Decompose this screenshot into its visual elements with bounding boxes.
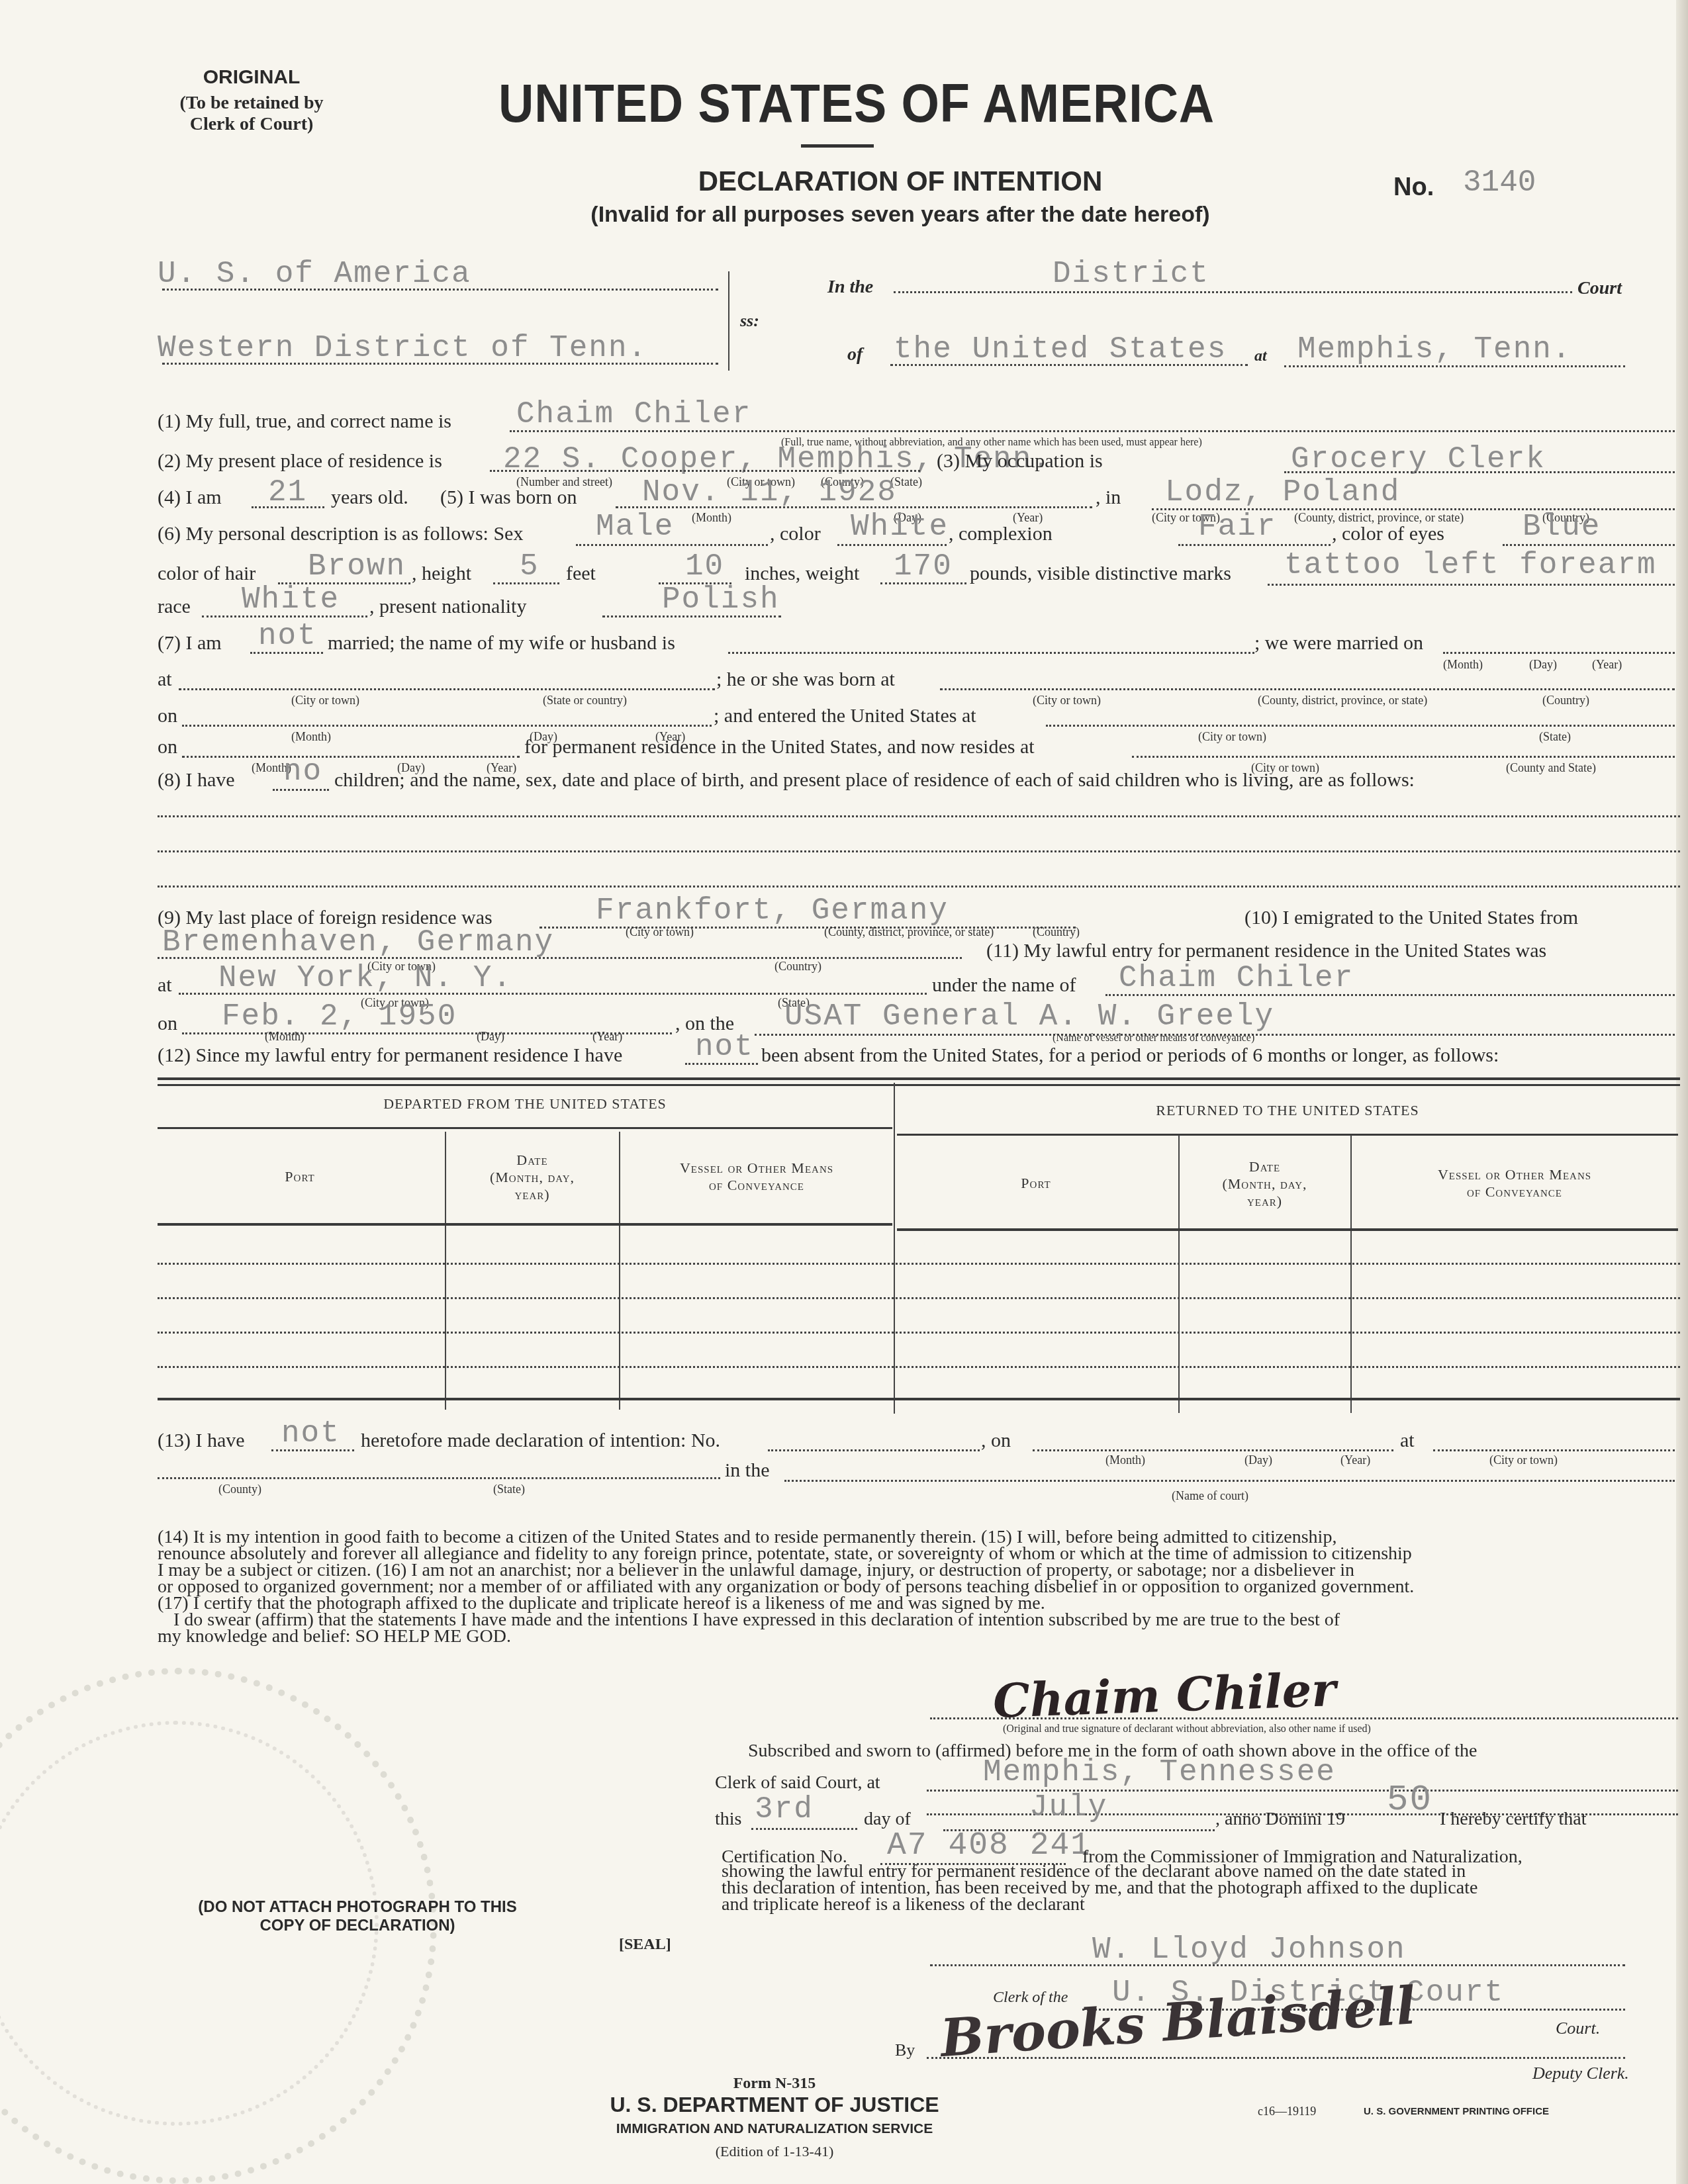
cert-text-4: and triplicate hereof is a likeness of t… bbox=[722, 1896, 1678, 1913]
photo-note-line-1: (DO NOT ATTACH PHOTOGRAPH TO THIS bbox=[159, 1898, 556, 1917]
race-value: White bbox=[242, 582, 340, 617]
complexion-line bbox=[1178, 544, 1331, 546]
seal-label: [SEAL] bbox=[619, 1936, 671, 1954]
q11-name-line bbox=[1105, 994, 1675, 996]
col-vessel-line-1: Vessel or Other Means bbox=[1352, 1166, 1677, 1183]
q3-label: (3) My occupation is bbox=[937, 450, 1103, 473]
q13-hint-day: (Day) bbox=[1244, 1453, 1272, 1467]
of-value: the United States bbox=[894, 332, 1227, 367]
eyes-value: Blue bbox=[1523, 510, 1601, 544]
q10-hint-country: (Country) bbox=[774, 960, 821, 974]
venue-district-value: Western District of Tenn. bbox=[158, 331, 647, 365]
table-bottom-rule bbox=[158, 1398, 1680, 1400]
q2-line bbox=[490, 470, 920, 472]
height-inches-value: 10 bbox=[685, 549, 724, 584]
q13-hint-county: (County) bbox=[218, 1482, 261, 1496]
photo-note-line-2: COPY OF DECLARATION) bbox=[159, 1917, 556, 1935]
q12-value: not bbox=[695, 1030, 754, 1064]
col-divider-2 bbox=[619, 1132, 620, 1410]
children-line-2 bbox=[158, 850, 1680, 852]
q11-name-value: Chaim Chiler bbox=[1119, 961, 1354, 995]
color-label: , color bbox=[770, 523, 821, 545]
spouse-entry-place-line bbox=[1046, 725, 1675, 727]
table-top-rule bbox=[158, 1077, 1680, 1080]
q13-label-b: heretofore made declaration of intention… bbox=[361, 1430, 720, 1452]
eyes-label: , color of eyes bbox=[1332, 523, 1444, 545]
declaration-number: 3140 bbox=[1463, 165, 1536, 200]
deputy-signature-line bbox=[927, 2057, 1625, 2059]
q11-port-line bbox=[179, 993, 927, 995]
table-top-rule-2 bbox=[158, 1084, 1680, 1086]
col-divider-5 bbox=[1350, 1135, 1352, 1413]
validity-note: (Invalid for all purposes seven years af… bbox=[463, 202, 1337, 228]
q4-value: 21 bbox=[268, 475, 307, 510]
q7-on2-label: on bbox=[158, 736, 177, 758]
q2-label: (2) My present place of residence is bbox=[158, 450, 442, 472]
sex-value: Male bbox=[596, 510, 674, 544]
sex-line bbox=[576, 544, 768, 546]
q13-on-label: , on bbox=[981, 1430, 1011, 1452]
marks-value: tattoo left forearm bbox=[1284, 548, 1657, 582]
q11-port-value: New York, N. Y. bbox=[218, 961, 512, 995]
declarant-signature-line bbox=[930, 1717, 1678, 1719]
copy-label: ORIGINAL bbox=[185, 66, 318, 89]
of-label: of bbox=[847, 344, 863, 365]
q11-on-label: on bbox=[158, 1013, 177, 1034]
col-divider-4 bbox=[1178, 1135, 1180, 1413]
nationality-line bbox=[602, 615, 781, 617]
q7-label-a: (7) I am bbox=[158, 632, 222, 654]
table-center-divider bbox=[894, 1083, 895, 1414]
of-line bbox=[890, 364, 1248, 366]
height-feet-value: 5 bbox=[520, 549, 539, 584]
court-suffix-label: Court. bbox=[1556, 2019, 1600, 2038]
q5-place-value: Lodz, Poland bbox=[1165, 475, 1400, 510]
marriage-date-line bbox=[1443, 652, 1675, 654]
col-vessel-line-2: of Conveyance bbox=[1352, 1183, 1677, 1201]
at-line bbox=[1284, 365, 1625, 367]
col-divider-1 bbox=[445, 1132, 446, 1410]
q9-value: Frankfort, Germany bbox=[596, 893, 949, 928]
departed-header-rule bbox=[158, 1127, 892, 1129]
q1-value: Chaim Chiler bbox=[516, 397, 751, 432]
col-date-line-2: (Month, day, bbox=[1180, 1175, 1349, 1193]
children-line-3 bbox=[158, 886, 1680, 887]
document-page: ORIGINAL (To be retained by Clerk of Cou… bbox=[0, 0, 1688, 2184]
q7-married-line bbox=[250, 652, 323, 654]
spouse-name-line bbox=[728, 652, 1254, 654]
paper-edge bbox=[1676, 0, 1688, 2184]
weight-line bbox=[880, 582, 966, 584]
height-label: , height bbox=[412, 563, 471, 585]
q10-value: Bremenhaven, Germany bbox=[162, 925, 554, 960]
prior-declaration-date-line bbox=[1033, 1449, 1393, 1451]
this-label: this bbox=[715, 1809, 741, 1830]
court-type-line bbox=[894, 291, 1572, 293]
prior-declaration-county-state-line bbox=[158, 1477, 720, 1479]
q7-entered-label: ; and entered the United States at bbox=[714, 705, 976, 727]
court-type-value: District bbox=[1053, 257, 1209, 291]
q13-hint-month: (Month) bbox=[1105, 1453, 1145, 1467]
marks-line bbox=[1268, 584, 1675, 586]
nationality-value: Polish bbox=[662, 582, 780, 617]
title-rule bbox=[801, 144, 874, 148]
q10-line bbox=[158, 957, 962, 959]
spouse-birthdate-line bbox=[182, 725, 712, 727]
number-label: No. bbox=[1393, 173, 1434, 202]
q13-value-line bbox=[271, 1449, 354, 1451]
court-label: Court bbox=[1577, 278, 1622, 299]
ss-label: ss: bbox=[740, 311, 759, 331]
q9-line bbox=[539, 927, 1076, 929]
q5-date-line bbox=[616, 506, 1092, 508]
complexion-value: Fair bbox=[1198, 510, 1276, 544]
hair-value: Brown bbox=[308, 549, 406, 584]
returned-header-rule bbox=[897, 1134, 1678, 1136]
printer-name: U. S. GOVERNMENT PRINTING OFFICE bbox=[1364, 2106, 1549, 2117]
marriage-place-line bbox=[179, 688, 715, 690]
page-title: UNITED STATES OF AMERICA bbox=[463, 73, 1250, 135]
q1-label: (1) My full, true, and correct name is bbox=[158, 410, 451, 432]
q1-row: (1) My full, true, and correct name is bbox=[158, 410, 1680, 433]
print-code: c16—19119 bbox=[1258, 2105, 1316, 2118]
q11-date-value: Feb. 2, 1950 bbox=[222, 999, 457, 1034]
clerk-name-line bbox=[930, 1964, 1625, 1966]
height-feet-line bbox=[493, 582, 559, 584]
service-name: IMMIGRATION AND NATURALIZATION SERVICE bbox=[596, 2121, 953, 2137]
race-label: race bbox=[158, 596, 191, 617]
q11-hint-month: (Month) bbox=[265, 1030, 305, 1044]
venue-brace bbox=[728, 271, 729, 371]
declarant-signature-hint: (Original and true signature of declaran… bbox=[1003, 1723, 1371, 1735]
q8-label-b: children; and the name, sex, date and pl… bbox=[334, 769, 1415, 792]
q7-label-c: ; we were married on bbox=[1254, 632, 1423, 655]
weight-value: 170 bbox=[894, 549, 953, 584]
col-departed-port: Port bbox=[158, 1168, 442, 1185]
copy-note: (To be retained by Clerk of Court) bbox=[152, 93, 351, 135]
q11-hint-day: (Day) bbox=[477, 1030, 504, 1044]
certification-number: A7 408 241 bbox=[887, 1828, 1091, 1864]
q7-label-b: married; the name of my wife or husband … bbox=[328, 632, 675, 655]
form-number: Form N-315 bbox=[662, 2075, 887, 2093]
oath-month-value: July bbox=[1029, 1790, 1107, 1825]
spouse-residence-line bbox=[1132, 756, 1675, 758]
department-name: U. S. DEPARTMENT OF JUSTICE bbox=[596, 2093, 953, 2117]
q3-line bbox=[1284, 471, 1675, 473]
q10-label: (10) I emigrated to the United States fr… bbox=[1244, 907, 1578, 929]
q4-line bbox=[252, 506, 324, 508]
q7-born-label: ; he or she was born at bbox=[716, 668, 895, 691]
prior-declaration-number-line bbox=[768, 1449, 980, 1451]
clerk-at-value: Memphis, Tennessee bbox=[983, 1755, 1336, 1790]
spouse-birthplace-line bbox=[940, 688, 1675, 690]
copy-note-line-1: (To be retained by bbox=[152, 93, 351, 114]
q13-hint-year: (Year) bbox=[1340, 1453, 1370, 1467]
q13-value: not bbox=[281, 1416, 340, 1451]
q7-at-row: at bbox=[158, 668, 1680, 691]
nationality-label: , present nationality bbox=[369, 596, 526, 618]
venue-state-value: U. S. of America bbox=[158, 257, 471, 291]
q8-children-line bbox=[273, 789, 329, 791]
q11-name-label: under the name of bbox=[932, 974, 1076, 997]
prior-declaration-court-line bbox=[784, 1480, 1675, 1482]
q13-hint-city: (City or town) bbox=[1489, 1453, 1558, 1467]
q13-label-a: (13) I have bbox=[158, 1430, 245, 1451]
inches-label: inches, weight bbox=[745, 563, 859, 585]
col-date-line-1: Date bbox=[1180, 1158, 1349, 1175]
q13-hint-state: (State) bbox=[493, 1482, 525, 1496]
q7-resides-label: for permanent residence in the United St… bbox=[524, 736, 1035, 758]
feet-label: feet bbox=[566, 563, 596, 585]
q8-label-a: (8) I have bbox=[158, 769, 235, 791]
hair-label: color of hair bbox=[158, 563, 256, 584]
col-date-line-1: Date bbox=[447, 1152, 618, 1169]
eyes-line bbox=[1503, 544, 1675, 546]
col-departed-date: Date (Month, day, year) bbox=[447, 1152, 618, 1203]
returned-header: RETURNED TO THE UNITED STATES bbox=[897, 1102, 1678, 1119]
cert-text: showing the lawful entry for permanent r… bbox=[722, 1863, 1678, 1913]
col-returned-port: Port bbox=[897, 1175, 1175, 1192]
form-subtitle: DECLARATION OF INTENTION bbox=[596, 165, 1205, 197]
q13-in-the-label: in the bbox=[725, 1459, 770, 1482]
q7-married-value: not bbox=[258, 619, 317, 653]
spouse-entry-date-line bbox=[182, 756, 520, 758]
certify-label: I hereby certify that bbox=[1440, 1809, 1587, 1830]
complexion-label: , complexion bbox=[949, 523, 1053, 545]
venue-district-line bbox=[162, 363, 718, 365]
returned-columns-rule bbox=[897, 1228, 1678, 1231]
race-line bbox=[202, 615, 367, 617]
by-label: By bbox=[895, 2040, 915, 2060]
q12-label-b: been absent from the United States, for … bbox=[761, 1044, 1499, 1067]
q1-line bbox=[510, 430, 1675, 432]
q4-years-label: years old. bbox=[331, 486, 408, 509]
oath-line-7: my knowledge and belief: SO HELP ME GOD. bbox=[158, 1628, 1680, 1645]
in-the-label: In the bbox=[827, 277, 873, 298]
departed-columns-rule bbox=[158, 1223, 892, 1226]
oath-day-line bbox=[751, 1828, 857, 1830]
col-date-line-2: (Month, day, bbox=[447, 1169, 618, 1186]
table-row bbox=[158, 1332, 1680, 1334]
pounds-label: pounds, visible distinctive marks bbox=[970, 563, 1231, 585]
prior-declaration-city-line bbox=[1433, 1449, 1675, 1451]
q11-label: (11) My lawful entry for permanent resid… bbox=[986, 940, 1546, 962]
q12-line bbox=[685, 1063, 758, 1065]
at-value: Memphis, Tenn. bbox=[1297, 332, 1571, 367]
photo-note: (DO NOT ATTACH PHOTOGRAPH TO THIS COPY O… bbox=[159, 1898, 556, 1935]
q11-at-label: at bbox=[158, 974, 172, 996]
col-vessel-line-2: of Conveyance bbox=[621, 1177, 892, 1194]
departed-header: DEPARTED FROM THE UNITED STATES bbox=[158, 1095, 892, 1113]
table-row bbox=[158, 1297, 1680, 1299]
color-line bbox=[837, 544, 947, 546]
q7-at-label: at bbox=[158, 668, 172, 690]
q13-at-label: at bbox=[1400, 1430, 1415, 1452]
q12-label-a: (12) Since my lawful entry for permanent… bbox=[158, 1044, 622, 1066]
col-date-line-3: year) bbox=[1180, 1193, 1349, 1210]
q4-label: (4) I am bbox=[158, 486, 222, 508]
copy-note-line-2: Clerk of Court) bbox=[152, 114, 351, 135]
q9-hint-country: (Country) bbox=[1033, 925, 1080, 939]
oath-day-value: 3rd bbox=[755, 1792, 814, 1827]
q13-hint-court: (Name of court) bbox=[1172, 1489, 1248, 1503]
oath-text: (14) It is my intention in good faith to… bbox=[158, 1529, 1680, 1645]
col-vessel-line-1: Vessel or Other Means bbox=[621, 1160, 892, 1177]
col-date-line-3: year) bbox=[447, 1186, 618, 1203]
clerk-name-value: W. Lloyd Johnson bbox=[1092, 1933, 1406, 1967]
q5-date-value: Nov. 11, 1928 bbox=[642, 475, 897, 510]
q9-hint-county: (County, district, province, or state) bbox=[824, 925, 994, 939]
q9-hint-city: (City or town) bbox=[626, 925, 694, 939]
anno-domini-label: , anno Domini 19 bbox=[1215, 1809, 1345, 1830]
col-returned-date: Date (Month, day, year) bbox=[1180, 1158, 1349, 1210]
col-departed-vessel: Vessel or Other Means of Conveyance bbox=[621, 1160, 892, 1194]
venue-state-line bbox=[162, 289, 718, 291]
col-returned-vessel: Vessel or Other Means of Conveyance bbox=[1352, 1166, 1677, 1201]
day-of-label: day of bbox=[864, 1809, 911, 1830]
q11-vessel-hint: (Name of vessel or other means of convey… bbox=[1053, 1032, 1254, 1044]
q8-children-value: no bbox=[283, 754, 322, 789]
form-edition: (Edition of 1-13-41) bbox=[596, 2143, 953, 2160]
q11-vessel-value: USAT General A. W. Greely bbox=[784, 999, 1274, 1034]
clerk-at-label: Clerk of said Court, at bbox=[715, 1772, 880, 1794]
children-line-1 bbox=[158, 815, 1680, 817]
at-label: at bbox=[1254, 347, 1267, 365]
oath-year-value: 50 bbox=[1387, 1780, 1432, 1821]
table-row bbox=[158, 1366, 1680, 1368]
q5-in-label: , in bbox=[1096, 486, 1121, 509]
table-row bbox=[158, 1263, 1680, 1265]
q6-label: (6) My personal description is as follow… bbox=[158, 523, 523, 545]
deputy-clerk-label: Deputy Clerk. bbox=[1532, 2064, 1629, 2083]
q11-hint-year: (Year) bbox=[592, 1030, 622, 1044]
color-value: White bbox=[851, 510, 949, 544]
q7-on-label: on bbox=[158, 705, 177, 727]
q5-label: (5) I was born on bbox=[440, 486, 577, 509]
